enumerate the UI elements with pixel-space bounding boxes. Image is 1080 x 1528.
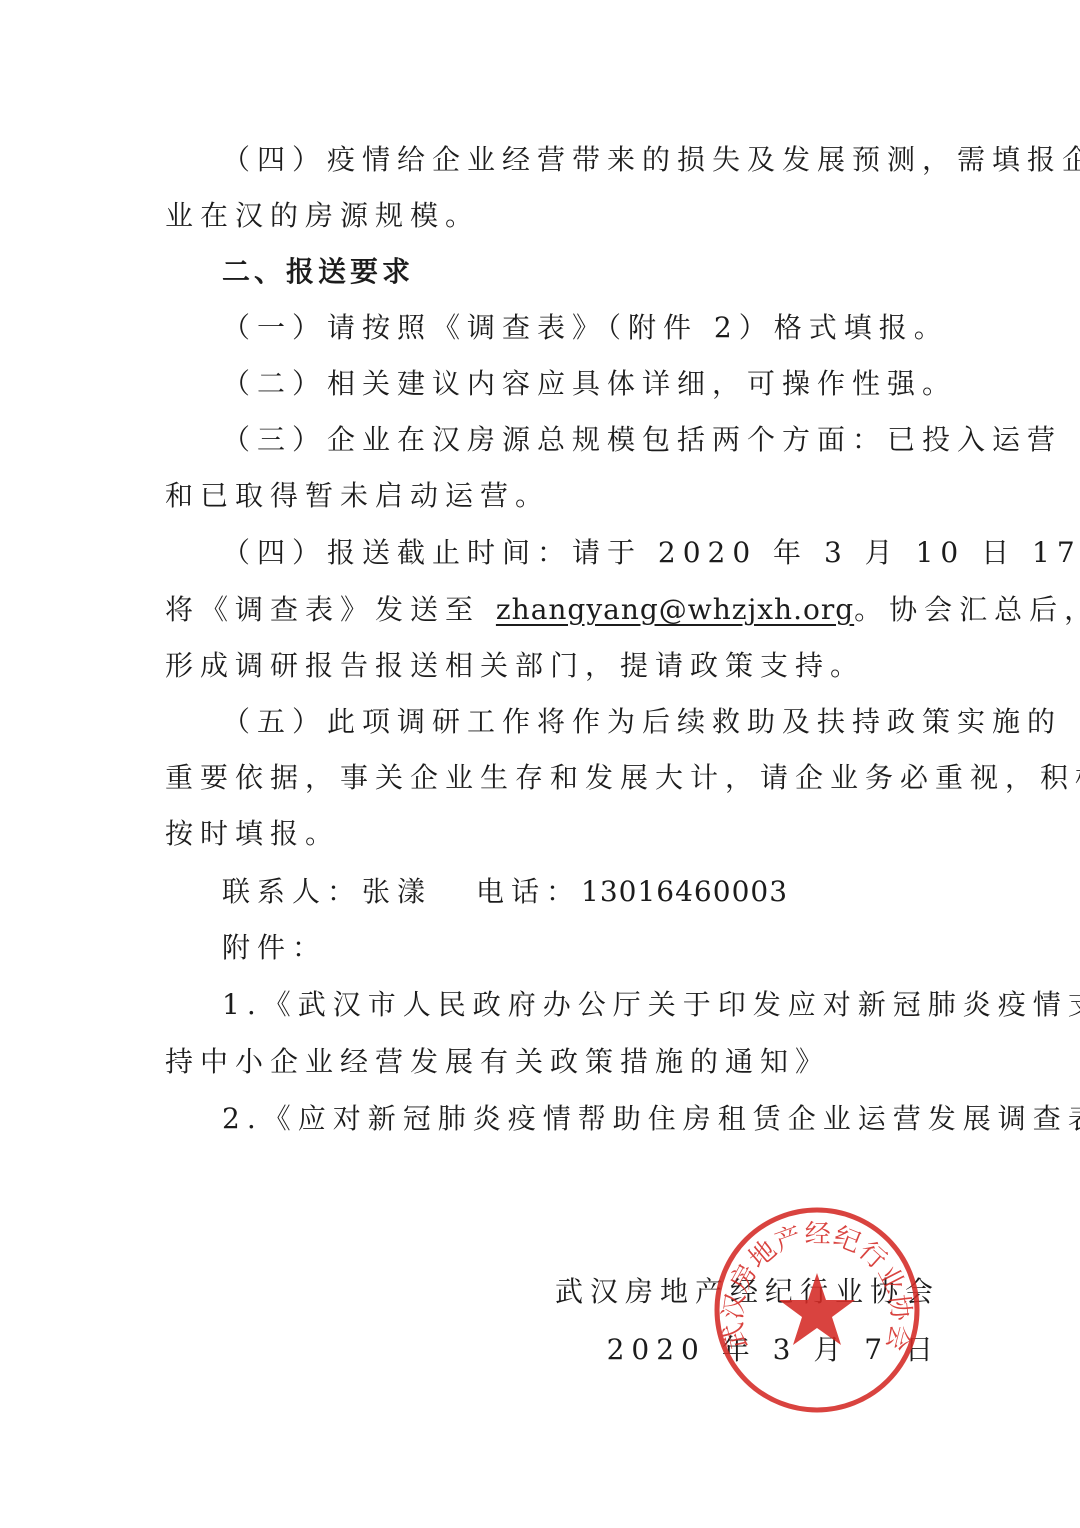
requirement-4-line2-prefix: 将《调查表》发送至 [165,593,496,626]
requirement-5-line3: 按时填报。 [165,814,945,854]
phone-number: 13016460003 [581,875,788,908]
phone-label: 电话： [476,875,581,908]
document-page: （四）疫情给企业经营带来的损失及发展预测，需填报企 业在汉的房源规模。 二、报送… [0,0,1080,1528]
requirement-4-line3: 形成调研报告报送相关部门，提请政策支持。 [165,646,945,686]
email-link[interactable]: zhangyang@whzjxh.org [496,593,854,626]
section4-line1: （四）疫情给企业经营带来的损失及发展预测，需填报企 [222,140,1002,180]
requirement-5-line1: （五）此项调研工作将作为后续救助及扶持政策实施的 [222,702,1002,742]
requirement-3-line2: 和已取得暂未启动运营。 [165,476,945,516]
requirement-4-line2: 将《调查表》发送至 zhangyang@whzjxh.org。协会汇总后， [165,590,945,630]
attachment-1-line1: 1.《武汉市人民政府办公厅关于印发应对新冠肺炎疫情支 [222,985,1002,1025]
requirement-5-line2: 重要依据，事关企业生存和发展大计，请企业务必重视，积极 [165,758,945,798]
contact-name: 张漾 [362,875,432,908]
requirement-2: （二）相关建议内容应具体详细，可操作性强。 [222,364,1002,404]
section4-line2: 业在汉的房源规模。 [165,196,945,236]
attachment-2: 2.《应对新冠肺炎疫情帮助住房租赁企业运营发展调查表》 [222,1099,1002,1139]
requirement-4-line1: （四）报送截止时间：请于 2020 年 3 月 10 日 17 点前， [222,533,1002,573]
signature-date: 2020 年 3 月 7 日 [607,1330,940,1370]
attachment-1-line2: 持中小企业经营发展有关政策措施的通知》 [165,1042,945,1082]
requirement-4-line2-suffix: 。协会汇总后， [854,593,1080,626]
section-heading-requirements: 二、报送要求 [222,252,1002,292]
requirement-3-line1: （三）企业在汉房源总规模包括两个方面：已投入运营 [222,420,1002,460]
signature-organization: 武汉房地产经纪行业协会 [555,1272,940,1312]
requirement-1: （一）请按照《调查表》（附件 2）格式填报。 [222,308,1002,348]
contact-label: 联系人： [222,875,362,908]
contact-line: 联系人：张漾电话：13016460003 [222,872,1002,912]
attachments-label: 附件： [222,928,1002,968]
